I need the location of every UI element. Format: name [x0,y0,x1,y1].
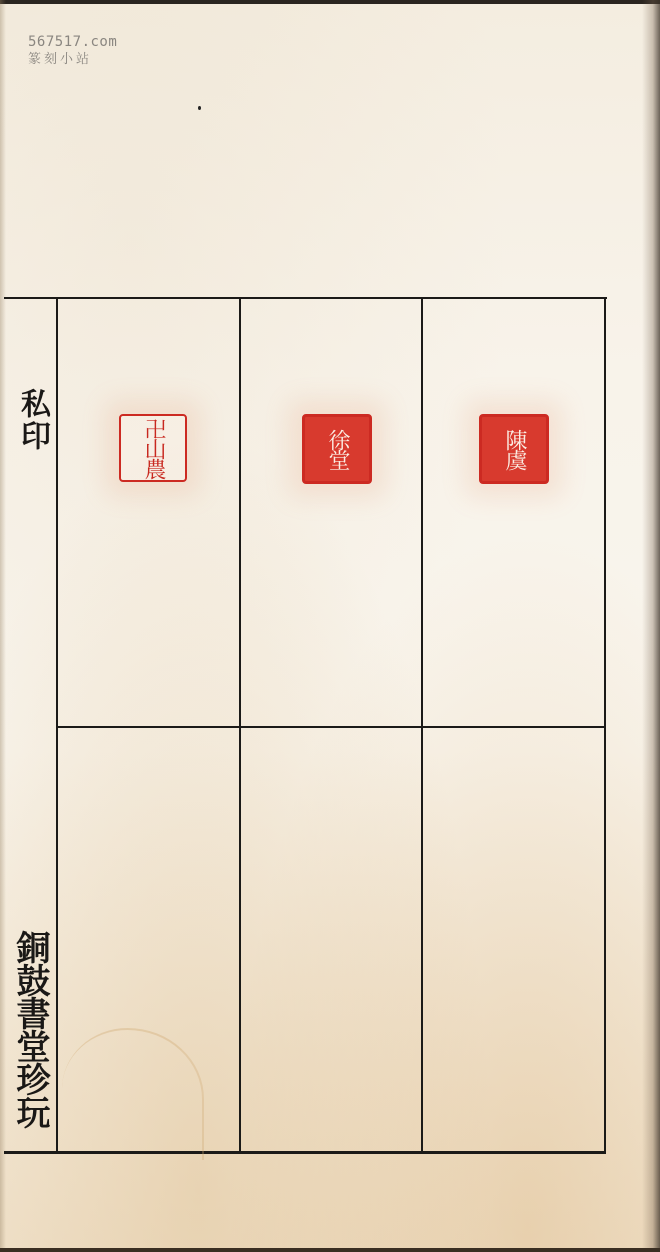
grid-row-divider [58,726,605,728]
watermark-url: 567517.com [28,33,117,51]
seal-impression-2: 徐堂 [302,414,372,484]
page-top-edge [0,0,660,4]
page-bottom-edge [0,1248,660,1252]
studio-label: 銅鼓書堂珍玩 [6,930,55,1128]
seal-impression-3: 陳虞 [479,414,549,484]
watermark: 567517.com 篆刻小站 [28,33,117,69]
water-stain [62,1028,204,1160]
grid-column-divider-2 [421,298,423,1153]
seal-impression-1: 卍山農 [119,414,187,482]
grid-right-border [604,298,606,1153]
grid-column-divider-1 [239,298,241,1153]
grid-top-border [4,297,607,299]
ink-speck [198,106,201,110]
album-page: 567517.com 篆刻小站 私印 銅鼓書堂珍玩 卍山農 徐堂 陳虞 [0,0,660,1252]
page-right-edge-shadow [642,0,660,1252]
section-label: 私印 [10,388,54,452]
grid-margin-divider [56,298,58,1153]
watermark-site-name: 篆刻小站 [28,51,117,69]
